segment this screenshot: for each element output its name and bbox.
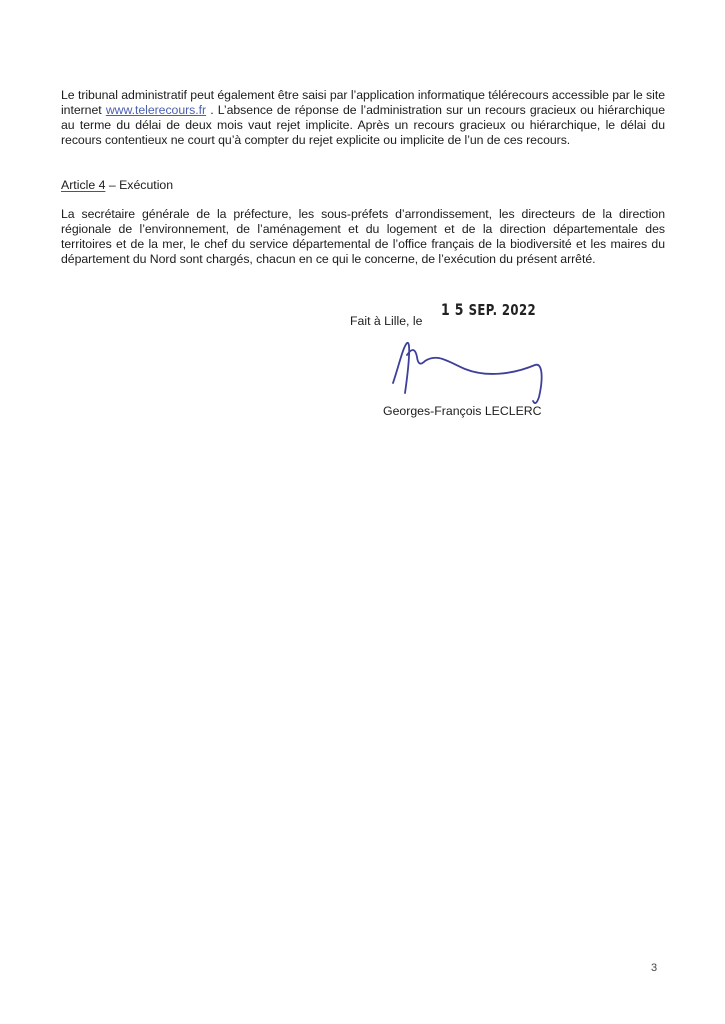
date-stamp: 1 5SEP. 2022 <box>441 300 536 319</box>
signer-name: Georges-François LECLERC <box>383 404 542 418</box>
article-4-title: Exécution <box>119 178 173 192</box>
date-stamp-day: 1 5 <box>441 300 464 319</box>
article-4-separator: – <box>105 178 119 192</box>
date-stamp-month-year: SEP. 2022 <box>469 301 536 319</box>
article-4-heading: Article 4 – Exécution <box>61 178 173 193</box>
place-date-label: Fait à Lille, le <box>350 314 422 328</box>
telerecours-link[interactable]: www.telerecours.fr <box>106 103 206 117</box>
handwritten-signature <box>385 335 545 405</box>
document-page: Le tribunal administratif peut également… <box>0 0 725 1024</box>
paragraph-recours: Le tribunal administratif peut également… <box>61 88 665 148</box>
page-number: 3 <box>651 962 657 974</box>
article-4-label: Article 4 <box>61 178 105 192</box>
article-4-body: La secrétaire générale de la préfecture,… <box>61 207 665 267</box>
